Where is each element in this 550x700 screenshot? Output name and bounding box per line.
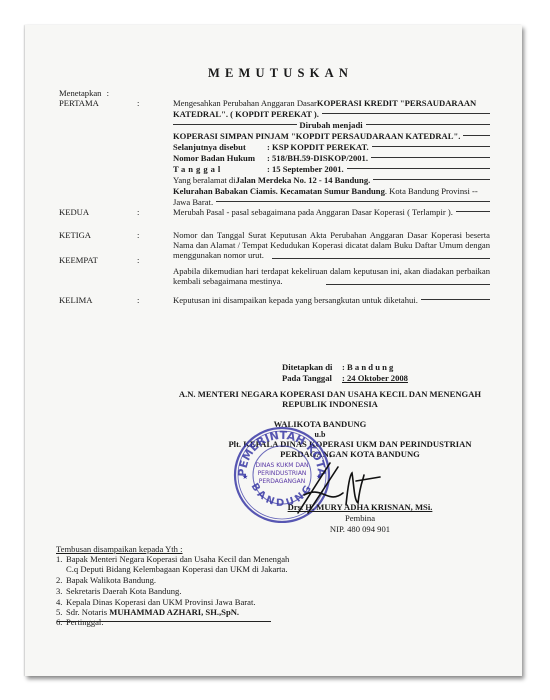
address-line-1: Yang beralamat di Jalan Merdeka No. 12 -… [173, 175, 490, 185]
dash-fill [347, 168, 490, 169]
dash-fill [216, 201, 490, 202]
pertama-line-1: Mengesahkan Perubahan Anggaran Dasar KOP… [173, 98, 490, 108]
tanggal-label: Pada Tanggal [282, 373, 342, 383]
text-bold: KOPERASI SIMPAN PINJAM "KOPDIT PERSAUDAR… [173, 131, 460, 141]
pertama-line-4: KOPERASI SIMPAN PINJAM "KOPDIT PERSAUDAR… [173, 131, 490, 141]
text: Nomor dan Tanggal Surat Keputusan Akta P… [173, 230, 490, 260]
text: Merubah Pasal - pasal sebagaimana pada A… [173, 207, 453, 217]
item-number: 1. [56, 554, 66, 564]
text: Mengesahkan Perubahan Anggaran Dasar [173, 98, 317, 108]
field-key: Nomor Badan Hukum [173, 153, 267, 163]
menetapkan-label: Menetapkan : [59, 88, 109, 98]
pertama-content: Mengesahkan Perubahan Anggaran Dasar KOP… [173, 98, 490, 207]
field-key: Tanggal [173, 164, 267, 174]
tanggal-value: : 24 Oktober 2008 [342, 373, 408, 383]
item-text: Kepala Dinas Koperasi dan UKM Provinsi J… [66, 597, 256, 607]
item-text: Sdr. Notaris [66, 607, 109, 617]
address-line-2: Kelurahan Babakan Ciamis. Kecamatan Sumu… [173, 186, 490, 196]
colon: : [137, 295, 139, 305]
label-pertama: PERTAMA [59, 98, 99, 108]
colon: : [137, 255, 139, 265]
item-number: 2. [56, 575, 66, 585]
field-tanggal: Tanggal: 15 September 2001. [173, 164, 490, 174]
text: Keputusan ini disampaikan kepada yang be… [173, 295, 418, 305]
kedua-line: Merubah Pasal - pasal sebagaimana pada A… [173, 207, 490, 217]
item-number: 3. [56, 586, 66, 596]
ditetapkan-value: : B a n d u n g [342, 362, 393, 372]
colon: : [107, 88, 109, 98]
item-text-bold: MUHAMMAD AZHARI, SH.,SpN. [109, 607, 239, 617]
field-key: Selanjutnya disebut [173, 142, 267, 152]
tembusan-item: 1.Bapak Menteri Negara Koperasi dan Usah… [56, 554, 289, 564]
colon: : [137, 230, 139, 240]
item-text: Pertinggal. [66, 617, 103, 627]
item-text: Sekretaris Daerah Kota Bandung. [66, 586, 182, 596]
pertama-line-2: KATEDRAL". ( KOPDIT PEREKAT ). [173, 109, 490, 119]
dash-fill [373, 179, 490, 180]
item-number: 6. [56, 617, 66, 627]
svg-text:★: ★ [242, 473, 248, 481]
label-kedua: KEDUA [59, 207, 89, 217]
field-value: : 518/BH.59-DISKOP/2001. [267, 153, 368, 163]
tembusan-underline [57, 621, 271, 622]
text-bold: Jalan Merdeka No. 12 - 14 Bandung. [236, 175, 371, 185]
text-bold: KATEDRAL". ( KOPDIT PEREKAT ). [173, 109, 319, 119]
item-number: 4. [56, 597, 66, 607]
field-nomor-badan-hukum: Nomor Badan Hukum: 518/BH.59-DISKOP/2001… [173, 153, 490, 163]
dash-fill [371, 157, 490, 158]
label-kelima: KELIMA [59, 295, 92, 305]
dash-fill [372, 146, 490, 147]
colon: : [137, 207, 139, 217]
text: . Kota Bandung Provinsi -- [385, 186, 478, 196]
dash-fill [173, 124, 297, 125]
label-ketiga: KETIGA [59, 230, 91, 240]
address-line-3: Jawa Barat. [173, 197, 490, 207]
item-number: 5. [56, 607, 66, 617]
dash-fill [421, 299, 490, 300]
text: Jawa Barat. [173, 197, 213, 207]
text-bold: Kelurahan Babakan Ciamis. Kecamatan Sumu… [173, 186, 385, 196]
tembusan-item: 3.Sekretaris Daerah Kota Bandung. [56, 586, 182, 596]
label-keempat: KEEMPAT [59, 255, 98, 265]
tembusan-item: 6.Pertinggal. [56, 617, 103, 627]
dash-fill [322, 113, 490, 114]
an-line: A.N. MENTERI NEGARA KOPERASI DAN USAHA K… [160, 389, 500, 399]
item-text: Bapak Menteri Negara Koperasi dan Usaha … [66, 554, 289, 564]
tanggal-row: Pada Tanggal: 24 Oktober 2008 [282, 373, 408, 383]
tembusan-item: 2.Bapak Walikota Bandung. [56, 575, 156, 585]
text: Yang beralamat di [173, 175, 236, 185]
tembusan-title: Tembusan disampaikan kepada Yth : [56, 544, 183, 554]
ketiga-content: Nomor dan Tanggal Surat Keputusan Akta P… [173, 230, 490, 260]
field-value: : 15 September 2001. [267, 164, 344, 174]
dash-fill [326, 284, 490, 285]
field-value: : KSP KOPDIT PEREKAT. [267, 142, 369, 152]
tembusan-item: 5.Sdr. Notaris MUHAMMAD AZHARI, SH.,SpN. [56, 607, 239, 617]
menetapkan-text: Menetapkan [59, 88, 101, 98]
an-line-2: REPUBLIK INDONESIA [160, 399, 500, 409]
kelima-line: Keputusan ini disampaikan kepada yang be… [173, 295, 490, 305]
signatory-name: Drs. H. MURY ADHA KRISNAN, MSi. [245, 502, 475, 512]
ditetapkan-row: Ditetapkan di: B a n d u n g [282, 362, 393, 372]
ditetapkan-label: Ditetapkan di [282, 362, 342, 372]
dash-fill [366, 124, 490, 125]
signatory-nip: NIP. 480 094 901 [300, 524, 420, 534]
field-selanjutnya: Selanjutnya disebut: KSP KOPDIT PEREKAT. [173, 142, 490, 152]
dash-fill [456, 211, 490, 212]
dash-fill [463, 135, 490, 136]
dirubah-text: Dirubah menjadi [299, 120, 362, 130]
pertama-line-3: Dirubah menjadi [173, 120, 490, 130]
text: Apabila dikemudian hari terdapat kekelir… [173, 266, 490, 286]
document-title: MEMUTUSKAN [208, 66, 353, 81]
item-text: Bapak Walikota Bandung. [66, 575, 156, 585]
dash-fill [272, 258, 490, 259]
text-bold: KOPERASI KREDIT "PERSAUDARAAN [317, 98, 476, 108]
keempat-content: Apabila dikemudian hari terdapat kekelir… [173, 266, 490, 286]
tembusan-item-cont: C.q Deputi Bidang Kelembagaan Koperasi d… [66, 564, 287, 574]
colon: : [137, 98, 139, 108]
signatory-rank: Pembina [310, 513, 410, 523]
kelima-content: Keputusan ini disampaikan kepada yang be… [173, 295, 490, 305]
tembusan-item: 4.Kepala Dinas Koperasi dan UKM Provinsi… [56, 597, 256, 607]
kedua-content: Merubah Pasal - pasal sebagaimana pada A… [173, 207, 490, 217]
